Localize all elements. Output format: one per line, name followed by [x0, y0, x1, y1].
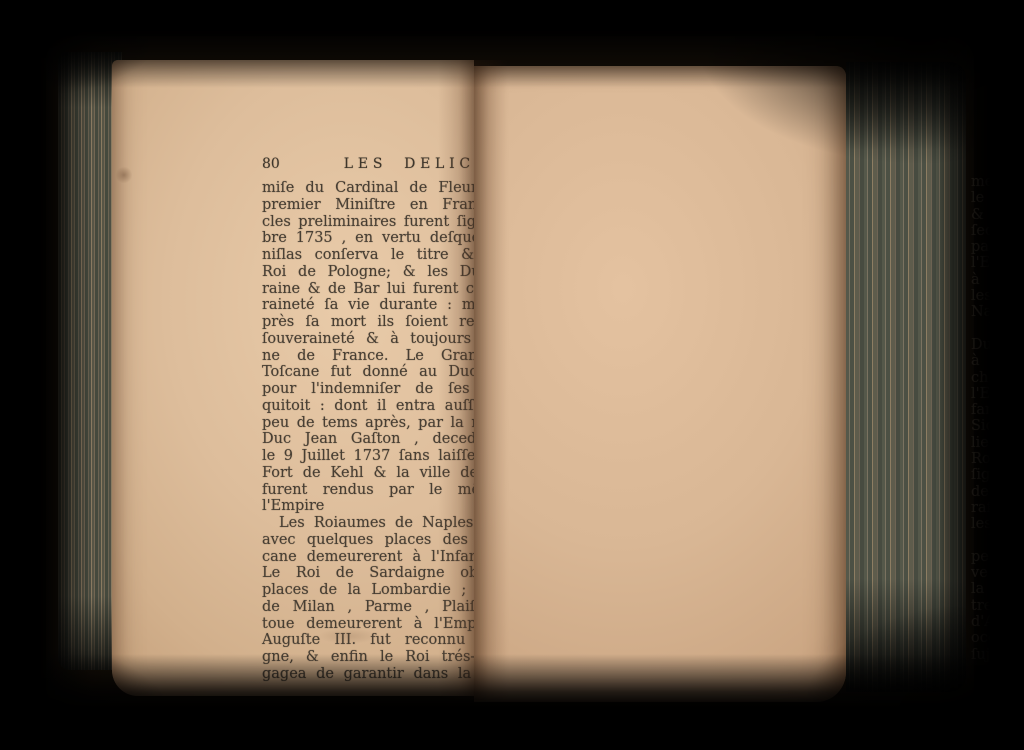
- text-line: ſigné à Dreſde le 19 Mars 1738. Ces: [971, 467, 1024, 483]
- text-line: deux illuſtres mariages contribuerent à: [971, 484, 1024, 500]
- text-line: ſedoit. Tout ceci fut ratifié dans la ſu…: [971, 223, 1024, 239]
- right-running-header: DES PAÏS-BAS. 81: [971, 148, 1024, 168]
- text-line: par un Traité definitif de Paix entre: [971, 239, 1024, 255]
- text-line: à Vienne le 18 Novembre 1738 , auquel: [971, 272, 1024, 288]
- left-page: 80 LES DELICES miſe du Cardinal de Fleur…: [112, 60, 474, 696]
- text-line: fant d'Eſpagne , Roi de Naples & de: [971, 402, 1024, 418]
- right-page-body: me la Sanction Pragmatique , faite désle…: [971, 174, 1024, 663]
- text-line: Entretems le Prince François Etienne: [971, 321, 1024, 337]
- text-line: ve , engagea ce Monarque à entrer dans: [971, 565, 1024, 581]
- text-line: pereur une alliance offenſive & defenſi-: [971, 549, 1024, 565]
- text-line: cheſſe Marie Thereſe , fille ainée de: [971, 370, 1024, 386]
- text-line: les Rois d'Eſpagne , de Sardaigne, & de: [971, 288, 1024, 304]
- text-line: La Czarine aiant conclu avec l'Em-: [971, 533, 1024, 549]
- text-line: d'Aſoph ſur la Mer-noire qu'ils avoient: [971, 614, 1024, 630]
- text-line: tre les Turcs , au ſujet de la fortereſſ…: [971, 598, 1024, 614]
- text-line: me la Sanction Pragmatique , faite dés: [971, 174, 1024, 190]
- text-line: la guerre , qu'elle avoit commencée con-: [971, 581, 1024, 597]
- text-line: Sicile , épouſa la Princeſſe Marie Ame-: [971, 418, 1024, 434]
- text-line: Naples accederent l'année ſuivante.: [971, 304, 1024, 320]
- text-line: Roi de Pologne ; dont le Contract fut: [971, 451, 1024, 467]
- text-line: ſujet des ravages que les Tartares ſou-: [971, 647, 1024, 663]
- text-line: le 19 Avril 1713 par Sa Majeſté Imp.: [971, 190, 1024, 206]
- text-line: rafermir l'union qui regnoit alors parmi: [971, 500, 1024, 516]
- right-page-stack-edge: [846, 62, 966, 692]
- text-line: occupée , & pour avoir ſatisfaction au: [971, 630, 1024, 646]
- text-line: Duc de Lorraine & de Toſcane épouſa: [971, 337, 1024, 353]
- text-line: l'Empereur Charle VI. Don Carlos In-: [971, 386, 1024, 402]
- text-line: & Cath. pour tous les Etats qu'elle poſ-: [971, 207, 1024, 223]
- text-line: lie de Saxe , fille de Frederic Auguſte: [971, 435, 1024, 451]
- right-page: DES PAÏS-BAS. 81 me la Sanction Pragmati…: [474, 66, 846, 702]
- text-line: les Princes Catholiques.: [971, 516, 1024, 532]
- right-page-text-block: DES PAÏS-BAS. 81 me la Sanction Pragmati…: [971, 148, 1024, 689]
- photo-of-open-book: 80 LES DELICES miſe du Cardinal de Fleur…: [0, 0, 1024, 750]
- ink-stain: [116, 166, 132, 184]
- smudge-stain: [318, 628, 378, 644]
- left-page-number: 80: [262, 154, 280, 174]
- text-line: l'Empereur & le Roi de France , conclu: [971, 255, 1024, 271]
- right-page-footer: Tome I. F: [971, 669, 1024, 689]
- text-line: à Vienne le 12 Fevrier 1736 l'Archidu-: [971, 353, 1024, 369]
- tome-label: Tome I.: [993, 669, 1024, 687]
